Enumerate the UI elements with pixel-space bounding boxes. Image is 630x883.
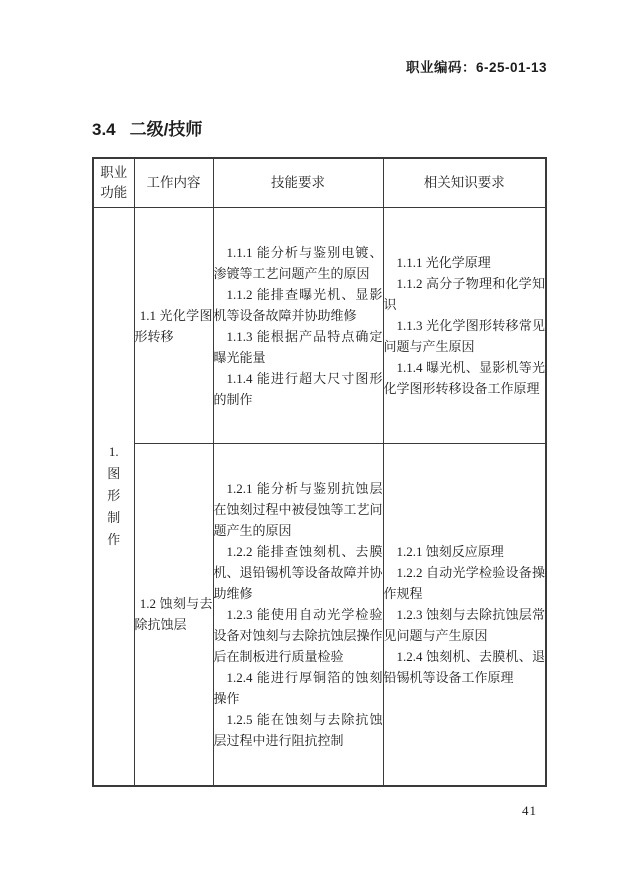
knowledge-item: 1.2.4 蚀刻机、去膜机、退铅锡机等设备工作原理: [384, 646, 546, 688]
knowledge-item: 1.2.1 蚀刻反应原理: [384, 541, 546, 562]
function-group-cell: 1. 图形制作: [93, 208, 134, 786]
page-number: 41: [522, 803, 537, 819]
knowledge-item: 1.2.2 自动光学检验设备操作规程: [384, 562, 546, 604]
knowledge-cell: 1.1.1 光化学原理 1.1.2 高分子物理和化学知识 1.1.3 光化学图形…: [383, 208, 546, 444]
knowledge-item: 1.2.3 蚀刻与去除抗蚀层常见问题与产生原因: [384, 604, 546, 646]
skill-item: 1.1.1 能分析与鉴别电镀、渗镀等工艺问题产生的原因: [214, 242, 383, 284]
section-title: 二级/技师: [130, 120, 203, 139]
skill-item: 1.2.4 能进行厚铜箔的蚀刻操作: [214, 667, 383, 709]
skill-item: 1.2.5 能在蚀刻与去除抗蚀层过程中进行阻抗控制: [214, 709, 383, 751]
skill-item: 1.2.2 能排查蚀刻机、去膜机、退铅锡机等设备故障并协助维修: [214, 541, 383, 604]
skill-item: 1.2.3 能使用自动光学检验设备对蚀刻与去除抗蚀层操作后在制板进行质量检验: [214, 604, 383, 667]
skills-cell: 1.2.1 能分析与鉴别抗蚀层在蚀刻过程中被侵蚀等工艺问题产生的原因 1.2.2…: [213, 444, 383, 786]
occupation-code: 职业编码：6-25-01-13: [406, 56, 547, 76]
function-group-number: 1.: [94, 441, 134, 463]
knowledge-item: 1.1.3 光化学图形转移常见问题与产生原因: [384, 315, 546, 357]
skill-item: 1.1.2 能排查曝光机、显影机等设备故障并协助维修: [214, 284, 383, 326]
knowledge-item: 1.1.2 高分子物理和化学知识: [384, 273, 546, 315]
skills-cell: 1.1.1 能分析与鉴别电镀、渗镀等工艺问题产生的原因 1.1.2 能排查曝光机…: [213, 208, 383, 444]
work-content-label: 1.1 光化学图形转移: [135, 305, 213, 347]
table-row-photochemical: 1. 图形制作 1.1 光化学图形转移 1.1.1 能分析与鉴别电镀、渗镀等工艺…: [93, 208, 546, 444]
column-header-skills: 技能要求: [213, 158, 383, 208]
section-number: 3.4: [92, 120, 116, 139]
column-header-function: 职业功能: [93, 158, 134, 208]
requirements-table: 职业功能 工作内容 技能要求 相关知识要求 1. 图形制作 1.1 光化学图形转…: [92, 157, 547, 787]
skill-item: 1.1.4 能进行超大尺寸图形的制作: [214, 368, 383, 410]
column-header-work: 工作内容: [134, 158, 213, 208]
knowledge-cell: 1.2.1 蚀刻反应原理 1.2.2 自动光学检验设备操作规程 1.2.3 蚀刻…: [383, 444, 546, 786]
knowledge-item: 1.1.4 曝光机、显影机等光化学图形转移设备工作原理: [384, 357, 546, 399]
knowledge-item: 1.1.1 光化学原理: [384, 252, 546, 273]
work-content-label: 1.2 蚀刻与去除抗蚀层: [135, 593, 213, 635]
work-content-cell: 1.2 蚀刻与去除抗蚀层: [134, 444, 213, 786]
table-row-etching: 1.2 蚀刻与去除抗蚀层 1.2.1 能分析与鉴别抗蚀层在蚀刻过程中被侵蚀等工艺…: [93, 444, 546, 786]
section-heading: 3.4二级/技师: [92, 115, 202, 140]
column-header-knowledge: 相关知识要求: [383, 158, 546, 208]
table-header-row: 职业功能 工作内容 技能要求 相关知识要求: [93, 158, 546, 208]
skill-item: 1.2.1 能分析与鉴别抗蚀层在蚀刻过程中被侵蚀等工艺问题产生的原因: [214, 478, 383, 541]
work-content-cell: 1.1 光化学图形转移: [134, 208, 213, 444]
skill-item: 1.1.3 能根据产品特点确定曝光能量: [214, 326, 383, 368]
function-group-name: 图形制作: [106, 463, 121, 551]
document-page: 职业编码：6-25-01-13 3.4二级/技师 职业功能 工作内容 技能要求 …: [0, 0, 630, 883]
